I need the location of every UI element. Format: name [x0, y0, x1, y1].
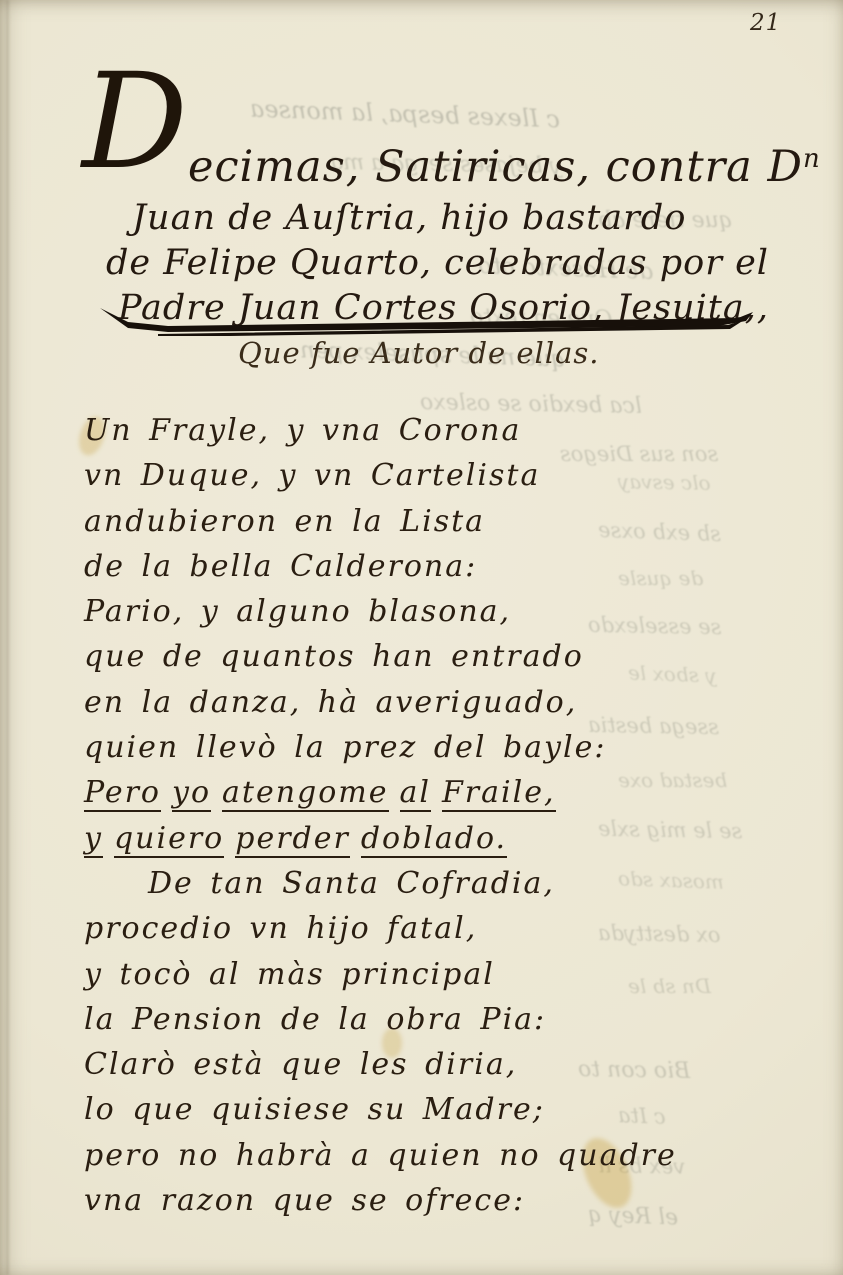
flourish-underline	[98, 306, 758, 336]
poem-line: yquieroperderdoblado.	[84, 816, 724, 861]
underlined-word: perder	[235, 822, 350, 858]
underlined-word: Fraile,	[442, 776, 556, 812]
poem-line: pero no habrà a quien no quadre	[84, 1133, 724, 1178]
underlined-word: y	[84, 822, 103, 858]
title-superscript-n: n	[803, 144, 820, 174]
subtitle: Que fue Autor de ellas.	[238, 336, 599, 370]
title-line-1-text: ecimas, Satiricas, contra Dn	[188, 142, 820, 192]
poem-line: de la bella Calderona:	[84, 544, 724, 589]
poem-line: Pario, y alguno blasona,	[84, 589, 724, 634]
title-line-3: de Felipe Quarto, celebradas por el	[106, 241, 796, 286]
poem-line: quien llevò la prez del bayle:	[84, 725, 724, 770]
underlined-word: yo	[172, 776, 211, 812]
poem-line: procedio vn hijo fatal,	[84, 906, 724, 951]
poem-line: en la danza, hà averiguado,	[84, 680, 724, 725]
underlined-word: al	[400, 776, 431, 812]
poem-line: que de quantos han entrado	[84, 634, 724, 679]
poem-line: Clarò està que les diria,	[84, 1042, 724, 1087]
manuscript-page: c Ilexes bespa, la monseay bejases serga…	[0, 0, 843, 1275]
title-line-2: Juan de Auſtria, hijo bastardo	[132, 196, 796, 241]
poem-line: vna razon que se ofrece:	[84, 1178, 724, 1223]
poem-line: la Pension de la obra Pia:	[84, 997, 724, 1042]
poem-line: y tocò al màs principal	[84, 952, 724, 997]
title-block: D ecimas, Satiricas, contra Dn Juan de A…	[96, 78, 796, 331]
title-line-1-rest: ecimas, Satiricas, contra D	[188, 142, 803, 192]
poem-line: andubieron en la Lista	[84, 499, 724, 544]
underlined-word: Pero	[84, 776, 161, 812]
poem-line: PeroyoatengomealFraile,	[84, 770, 724, 815]
poem-body: Un Frayle, y vna Coronavn Duque, y vn Ca…	[84, 408, 724, 1223]
title-initial-capital: D	[82, 56, 188, 188]
poem-line: lo que quisiese su Madre;	[84, 1087, 724, 1132]
poem-line: De tan Santa Cofradia,	[84, 861, 724, 906]
poem-line: Un Frayle, y vna Corona	[84, 408, 724, 453]
page-number: 21	[750, 10, 781, 36]
underlined-word: atengome	[222, 776, 388, 812]
underlined-word: doblado.	[361, 822, 507, 858]
title-line-1: D ecimas, Satiricas, contra Dn	[96, 78, 796, 196]
poem-line: vn Duque, y vn Cartelista	[84, 453, 724, 498]
underlined-word: quiero	[114, 822, 224, 858]
